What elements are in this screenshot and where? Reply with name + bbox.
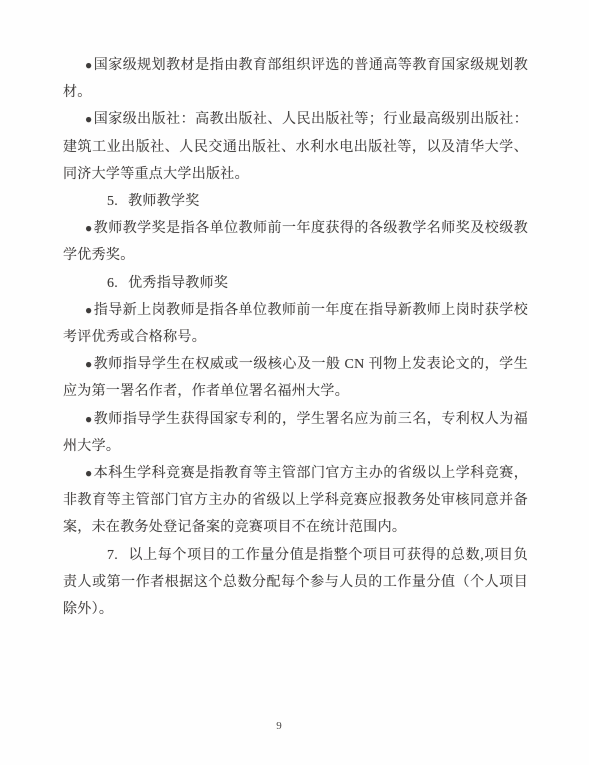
bullet-icon: ● [85,412,93,426]
paragraph-text: 国家级出版社：高教出版社、人民出版社等；行业最高级别出版社：建筑工业出版社、人民… [63,112,528,181]
paragraph-text: 以上每个项目的工作量分值是指整个项目可获得的总数,项目负责人或第一作者根据这个总… [63,548,528,617]
item-number: 5. [85,188,118,215]
bullet-icon: ● [85,112,93,126]
page-number: 9 [276,720,282,732]
bullet-icon: ● [85,466,93,480]
document-body: ●国家级规划教材是指由教育部组织评选的普通高等教育国家级规划教材。 ●国家级出版… [63,52,528,623]
paragraph-text: 教师指导学生在权威或一级核心及一般 CN 刊物上发表论文的，学生应为第一署名作者… [63,357,528,399]
item-title: 优秀指导教师奖 [128,276,228,291]
paragraph-text: 本科生学科竞赛是指教育等主管部门官方主办的省级以上学科竞赛，非教育等主管部门官方… [63,466,528,535]
item-title: 教师教学奖 [128,194,200,209]
paragraph-text: 教师指导学生获得国家专利的，学生署名应为前三名，专利权人为福州大学。 [63,412,528,454]
item-number: 7. [85,542,118,569]
paragraph-subject-competition: ●本科生学科竞赛是指教育等主管部门官方主办的省级以上学科竞赛，非教育等主管部门官… [63,460,528,542]
paragraph-text: 国家级规划教材是指由教育部组织评选的普通高等教育国家级规划教材。 [63,58,528,100]
bullet-icon: ● [85,58,93,72]
paragraph-national-press: ●国家级出版社：高教出版社、人民出版社等；行业最高级别出版社：建筑工业出版社、人… [63,106,528,188]
bullet-icon: ● [85,303,93,317]
page-footer: 9 [0,716,558,734]
heading-item-5-teaching-award: 5.教师教学奖 [63,188,528,215]
paragraph-new-teacher-mentoring: ●指导新上岗教师是指各单位教师前一年度在指导新教师上岗时获学校考评优秀或合格称号… [63,297,528,351]
bullet-icon: ● [85,221,93,235]
item-number: 6. [85,270,118,297]
paragraph-student-patent: ●教师指导学生获得国家专利的，学生署名应为前三名，专利权人为福州大学。 [63,406,528,460]
paragraph-teaching-award-def: ●教师教学奖是指各单位教师前一年度获得的各级教学名师奖及校级教学优秀奖。 [63,215,528,269]
paragraph-national-textbook: ●国家级规划教材是指由教育部组织评选的普通高等教育国家级规划教材。 [63,52,528,106]
paragraph-student-publication: ●教师指导学生在权威或一级核心及一般 CN 刊物上发表论文的，学生应为第一署名作… [63,351,528,405]
paragraph-text: 指导新上岗教师是指各单位教师前一年度在指导新教师上岗时获学校考评优秀或合格称号。 [63,303,528,345]
heading-item-6-advisor-award: 6.优秀指导教师奖 [63,270,528,297]
document-page: ●国家级规划教材是指由教育部组织评选的普通高等教育国家级规划教材。 ●国家级出版… [0,0,589,765]
bullet-icon: ● [85,357,93,371]
paragraph-item-7-workload-points: 7.以上每个项目的工作量分值是指整个项目可获得的总数,项目负责人或第一作者根据这… [63,542,528,624]
paragraph-text: 教师教学奖是指各单位教师前一年度获得的各级教学名师奖及校级教学优秀奖。 [63,221,528,263]
